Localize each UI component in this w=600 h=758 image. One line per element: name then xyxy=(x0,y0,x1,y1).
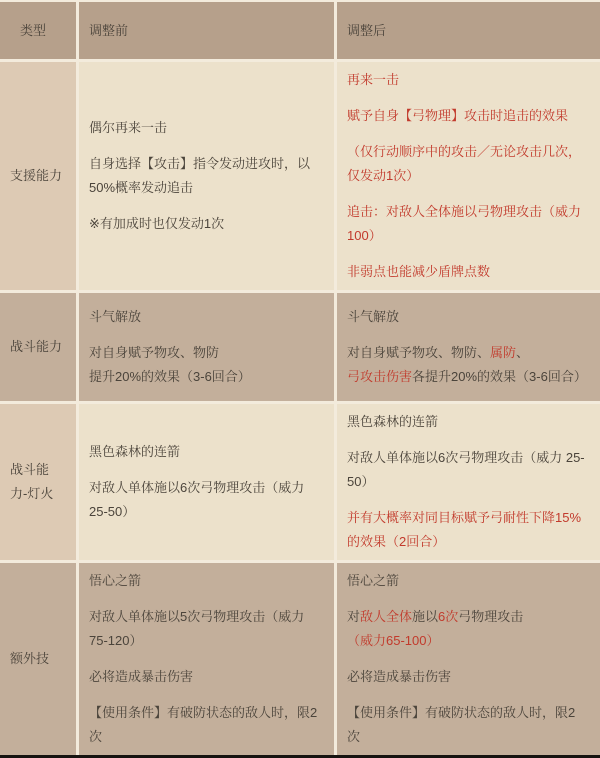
text-segment: 、 xyxy=(516,345,529,360)
changed-text: 属防 xyxy=(490,345,516,360)
after-cell: 斗气解放对自身赋予物攻、物防、属防、弓攻击伤害各提升20%的效果（3-6回合） xyxy=(337,293,600,401)
header-before: 调整前 xyxy=(79,2,334,59)
paragraph: 悟心之箭 xyxy=(89,569,322,593)
paragraph: 【使用条件】有破防状态的敌人时，限2次 xyxy=(347,701,588,749)
before-cell: 悟心之箭对敌人单体施以5次弓物理攻击（威力75-120）必将造成暴击伤害【使用条… xyxy=(79,563,334,755)
text-segment: 对 xyxy=(347,609,360,624)
text-segment: 对敌人单体施以6次弓物理攻击（威力 25-50） xyxy=(89,480,304,519)
paragraph: 悟心之箭 xyxy=(347,569,588,593)
before-cell: 偶尔再来一击自身选择【攻击】指令发动进攻时，以50%概率发动追击※有加成时也仅发… xyxy=(79,62,334,290)
text-segment: 必将造成暴击伤害 xyxy=(347,669,451,684)
text-segment: 自身选择【攻击】指令发动进攻时，以50%概率发动追击 xyxy=(89,156,310,195)
paragraph: 必将造成暴击伤害 xyxy=(347,665,588,689)
after-cell: 黑色森林的连箭对敌人单体施以6次弓物理攻击（威力 25-50）并有大概率对同目标… xyxy=(337,404,600,560)
paragraph: 自身选择【攻击】指令发动进攻时，以50%概率发动追击 xyxy=(89,152,322,200)
paragraph: 黑色森林的连箭 xyxy=(347,410,588,434)
text-segment: 【使用条件】有破防状态的敌人时，限2次 xyxy=(347,705,575,744)
paragraph: 对自身赋予物攻、物防、属防、弓攻击伤害各提升20%的效果（3-6回合） xyxy=(347,341,588,389)
paragraph: 对敌人全体施以6次弓物理攻击（威力65-100） xyxy=(347,605,588,653)
header-type: 类型 xyxy=(0,2,76,59)
text-segment: 悟心之箭 xyxy=(347,573,399,588)
skill-adjustment-table: 类型 调整前 调整后 支援能力 偶尔再来一击自身选择【攻击】指令发动进攻时，以5… xyxy=(0,0,600,758)
changed-text: 6次 xyxy=(438,609,458,624)
text-segment: 提升20%的效果（3-6回合） xyxy=(89,369,251,384)
before-cell: 斗气解放对自身赋予物攻、物防提升20%的效果（3-6回合） xyxy=(79,293,334,401)
paragraph: 对敌人单体施以6次弓物理攻击（威力 25-50） xyxy=(347,446,588,494)
paragraph: 对自身赋予物攻、物防提升20%的效果（3-6回合） xyxy=(89,341,322,389)
after-cell: 悟心之箭对敌人全体施以6次弓物理攻击（威力65-100）必将造成暴击伤害【使用条… xyxy=(337,563,600,755)
text-segment: 对敌人单体施以6次弓物理攻击（威力 25-50） xyxy=(347,450,585,489)
text-segment: 弓物理攻击 xyxy=(458,609,523,624)
text-segment: 悟心之箭 xyxy=(89,573,141,588)
paragraph: 黑色森林的连箭 xyxy=(89,440,322,464)
paragraph: 追击：对敌人全体施以弓物理攻击（威力100） xyxy=(347,200,588,248)
paragraph: 必将造成暴击伤害 xyxy=(89,665,322,689)
type-label: 战斗能力-灯火 xyxy=(10,458,64,506)
paragraph: 并有大概率对同目标赋予弓耐性下降15%的效果（2回合） xyxy=(347,506,588,554)
header-after: 调整后 xyxy=(337,2,600,59)
type-cell: 战斗能力-灯火 xyxy=(0,404,76,560)
paragraph: 偶尔再来一击 xyxy=(89,116,322,140)
paragraph: 再来一击 xyxy=(347,68,588,92)
changed-text: 追击：对敌人全体施以弓物理攻击（威力100） xyxy=(347,204,581,243)
type-cell: 额外技 xyxy=(0,563,76,755)
before-cell: 黑色森林的连箭对敌人单体施以6次弓物理攻击（威力 25-50） xyxy=(79,404,334,560)
paragraph: 【使用条件】有破防状态的敌人时，限2次 xyxy=(89,701,322,749)
text-segment: ※有加成时也仅发动1次 xyxy=(89,216,224,231)
paragraph: 对敌人单体施以5次弓物理攻击（威力75-120） xyxy=(89,605,322,653)
text-segment: 对自身赋予物攻、物防、 xyxy=(347,345,490,360)
text-segment: 斗气解放 xyxy=(89,309,141,324)
paragraph: ※有加成时也仅发动1次 xyxy=(89,212,322,236)
type-label: 支援能力 xyxy=(10,164,64,188)
text-segment: 黑色森林的连箭 xyxy=(89,444,180,459)
paragraph: 对敌人单体施以6次弓物理攻击（威力 25-50） xyxy=(89,476,322,524)
text-segment: 【使用条件】有破防状态的敌人时，限2次 xyxy=(89,705,317,744)
text-segment: 施以 xyxy=(412,609,438,624)
changed-text: 敌人全体 xyxy=(360,609,412,624)
type-cell: 战斗能力 xyxy=(0,293,76,401)
changed-text: （仅行动顺序中的攻击／无论攻击几次，仅发动1次） xyxy=(347,144,581,183)
paragraph: 非弱点也能减少盾牌点数 xyxy=(347,260,588,284)
changed-text: 再来一击 xyxy=(347,72,399,87)
changed-text: 赋予自身【弓物理】攻击时追击的效果 xyxy=(347,108,568,123)
type-label: 战斗能力 xyxy=(10,335,64,359)
after-cell: 再来一击赋予自身【弓物理】攻击时追击的效果（仅行动顺序中的攻击／无论攻击几次，仅… xyxy=(337,62,600,290)
type-label: 额外技 xyxy=(10,647,64,671)
changed-text: 并有大概率对同目标赋予弓耐性下降15%的效果（2回合） xyxy=(347,510,581,549)
text-segment: 必将造成暴击伤害 xyxy=(89,669,193,684)
paragraph: （仅行动顺序中的攻击／无论攻击几次，仅发动1次） xyxy=(347,140,588,188)
text-segment: 对敌人单体施以5次弓物理攻击（威力75-120） xyxy=(89,609,304,648)
paragraph: 斗气解放 xyxy=(347,305,588,329)
changed-text: （威力65-100） xyxy=(347,633,439,648)
text-segment: 各提升20%的效果（3-6回合） xyxy=(412,369,587,384)
text-segment: 斗气解放 xyxy=(347,309,399,324)
text-segment: 黑色森林的连箭 xyxy=(347,414,438,429)
changed-text: 弓攻击伤害 xyxy=(347,369,412,384)
changed-text: 非弱点也能减少盾牌点数 xyxy=(347,264,490,279)
paragraph: 赋予自身【弓物理】攻击时追击的效果 xyxy=(347,104,588,128)
text-segment: 偶尔再来一击 xyxy=(89,120,167,135)
text-segment: 对自身赋予物攻、物防 xyxy=(89,345,219,360)
paragraph: 斗气解放 xyxy=(89,305,322,329)
type-cell: 支援能力 xyxy=(0,62,76,290)
